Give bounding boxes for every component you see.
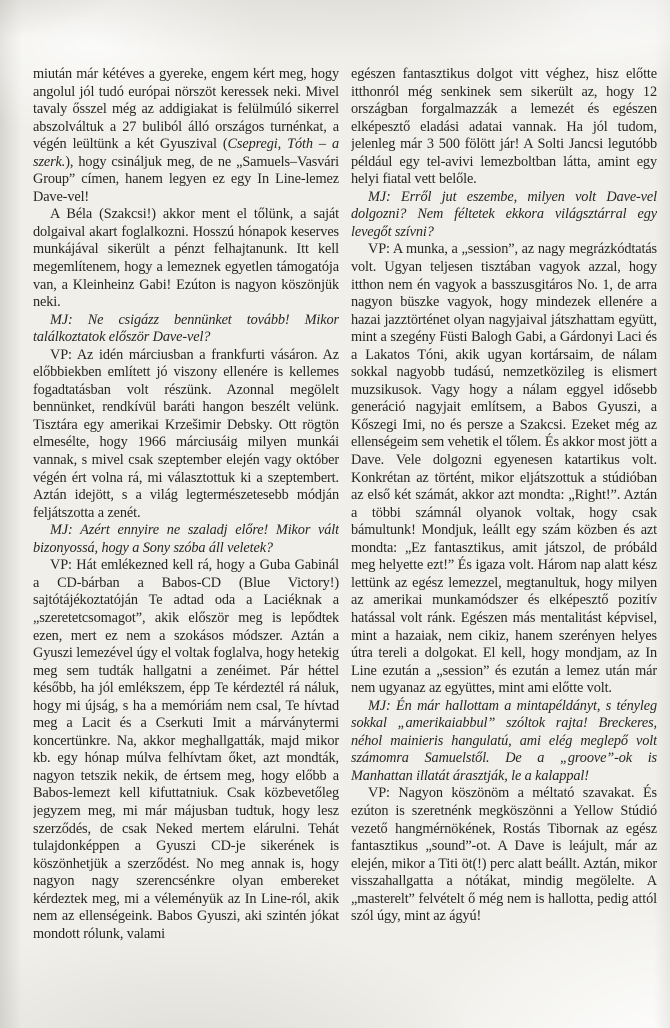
text-column-left: miután már kétéves a gyereke, engem kért… — [33, 66, 339, 984]
interview-text-paragraph: VP: Nagyon köszönöm a méltató szavakat. … — [351, 785, 657, 925]
interview-question-paragraph: MJ: Erről jut eszembe, milyen volt Dave-… — [351, 189, 657, 242]
interview-text-paragraph: VP: A munka, a „session”, az nagy megráz… — [351, 241, 657, 697]
interview-text-paragraph: A Béla (Szakcsi!) akkor ment el tőlünk, … — [33, 206, 339, 311]
interview-text-paragraph: egészen fantasztikus dolgot vitt véghez,… — [351, 66, 657, 189]
text-column-right: egészen fantasztikus dolgot vitt véghez,… — [351, 66, 657, 984]
interview-question-paragraph: MJ: Azért ennyire ne szaladj előre! Miko… — [33, 522, 339, 557]
text-segment: ), hogy csináljuk meg, de ne „Samuels–Va… — [33, 154, 339, 205]
interview-text-paragraph: VP: Az idén márciusban a frankfurti vásá… — [33, 347, 339, 522]
scanned-magazine-page: miután már kétéves a gyereke, engem kért… — [0, 0, 670, 1028]
interview-question-paragraph: MJ: Ne csigázz bennünket tovább! Mikor t… — [33, 312, 339, 347]
interview-text-paragraph: VP: Hát emlékezned kell rá, hogy a Guba … — [33, 557, 339, 943]
interview-text-paragraph: miután már kétéves a gyereke, engem kért… — [33, 66, 339, 206]
interview-question-paragraph: MJ: Én már hallottam a mintapéldányt, s … — [351, 698, 657, 786]
